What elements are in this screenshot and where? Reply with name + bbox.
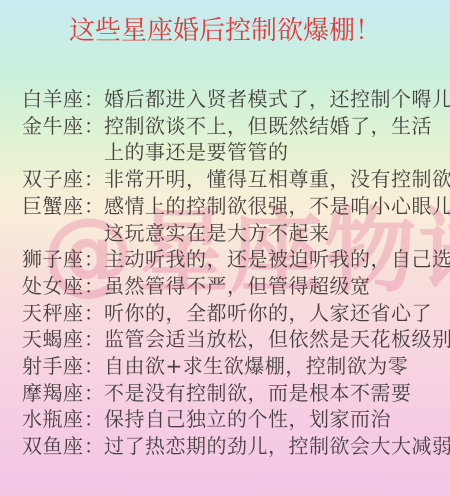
colon-separator: ：: [84, 433, 104, 460]
zodiac-sign: 金牛座: [22, 113, 84, 140]
zodiac-description: 非常开明，懂得互相尊重，没有控制欲: [104, 166, 444, 193]
zodiac-sign: 双鱼座: [22, 433, 84, 460]
colon-separator: ：: [84, 380, 104, 407]
colon-separator: ：: [84, 193, 104, 220]
zodiac-sign: 双子座: [22, 166, 84, 193]
page-title: 这些星座婚后控制欲爆棚！: [0, 0, 450, 49]
colon-separator: ：: [84, 353, 104, 380]
zodiac-row-sagittarius: 射手座 ： 自由欲+求生欲爆棚，控制欲为零: [22, 353, 444, 380]
zodiac-sign: 天蝎座: [22, 326, 84, 353]
zodiac-row-pisces: 双鱼座 ： 过了热恋期的劲儿，控制欲会大大减弱: [22, 433, 444, 460]
zodiac-row-cancer: 巨蟹座 ： 感情上的控制欲很强，不是咱小心眼儿 这玩意实在是大方不起来: [22, 193, 444, 246]
zodiac-poster: @星座物语 这些星座婚后控制欲爆棚！ 白羊座 ： 婚后都进入贤者模式了，还控制个…: [0, 0, 450, 496]
zodiac-row-scorpio: 天蝎座 ： 监管会适当放松，但依然是天花板级别: [22, 326, 444, 353]
colon-separator: ：: [84, 86, 104, 113]
colon-separator: ：: [84, 113, 104, 140]
zodiac-row-aquarius: 水瓶座 ： 保持自己独立的个性，划家而治: [22, 406, 444, 433]
zodiac-row-capricorn: 摩羯座 ： 不是没有控制欲，而是根本不需要: [22, 380, 444, 407]
zodiac-description: 感情上的控制欲很强，不是咱小心眼儿: [104, 193, 444, 220]
zodiac-description: 婚后都进入贤者模式了，还控制个嘚儿: [104, 86, 444, 113]
zodiac-row-leo: 狮子座 ： 主动听我的，还是被迫听我的，自己选吧: [22, 246, 444, 273]
colon-separator: ：: [84, 326, 104, 353]
zodiac-row-gemini: 双子座 ： 非常开明，懂得互相尊重，没有控制欲: [22, 166, 444, 193]
zodiac-sign: 天秤座: [22, 300, 84, 327]
zodiac-sign: 巨蟹座: [22, 193, 84, 220]
colon-separator: ：: [84, 166, 104, 193]
zodiac-description: 保持自己独立的个性，划家而治: [104, 406, 444, 433]
zodiac-sign: 处女座: [22, 273, 84, 300]
colon-separator: ：: [84, 300, 104, 327]
zodiac-row-aries: 白羊座 ： 婚后都进入贤者模式了，还控制个嘚儿: [22, 86, 444, 113]
zodiac-description: 自由欲+求生欲爆棚，控制欲为零: [104, 353, 444, 380]
zodiac-description: 虽然管得不严，但管得超级宽: [104, 273, 444, 300]
colon-separator: ：: [84, 406, 104, 433]
zodiac-description: 控制欲谈不上，但既然结婚了，生活: [104, 113, 444, 140]
zodiac-sign: 狮子座: [22, 246, 84, 273]
zodiac-sign: 摩羯座: [22, 380, 84, 407]
zodiac-sign: 白羊座: [22, 86, 84, 113]
zodiac-sign: 射手座: [22, 353, 84, 380]
zodiac-description: 听你的，全都听你的，人家还省心了: [104, 300, 444, 327]
zodiac-description: 这玩意实在是大方不起来: [104, 220, 444, 247]
zodiac-description: 过了热恋期的劲儿，控制欲会大大减弱: [104, 433, 444, 460]
zodiac-description: 主动听我的，还是被迫听我的，自己选吧: [104, 246, 444, 273]
colon-separator: ：: [84, 273, 104, 300]
zodiac-description: 不是没有控制欲，而是根本不需要: [104, 380, 444, 407]
zodiac-description: 监管会适当放松，但依然是天花板级别: [104, 326, 444, 353]
zodiac-description: 上的事还是要管管的: [104, 139, 444, 166]
zodiac-list: 白羊座 ： 婚后都进入贤者模式了，还控制个嘚儿 金牛座 ： 控制欲谈不上，但既然…: [0, 86, 450, 460]
zodiac-row-taurus: 金牛座 ： 控制欲谈不上，但既然结婚了，生活 上的事还是要管管的: [22, 113, 444, 166]
zodiac-row-libra: 天秤座 ： 听你的，全都听你的，人家还省心了: [22, 300, 444, 327]
zodiac-sign: 水瓶座: [22, 406, 84, 433]
zodiac-row-virgo: 处女座 ： 虽然管得不严，但管得超级宽: [22, 273, 444, 300]
colon-separator: ：: [84, 246, 104, 273]
